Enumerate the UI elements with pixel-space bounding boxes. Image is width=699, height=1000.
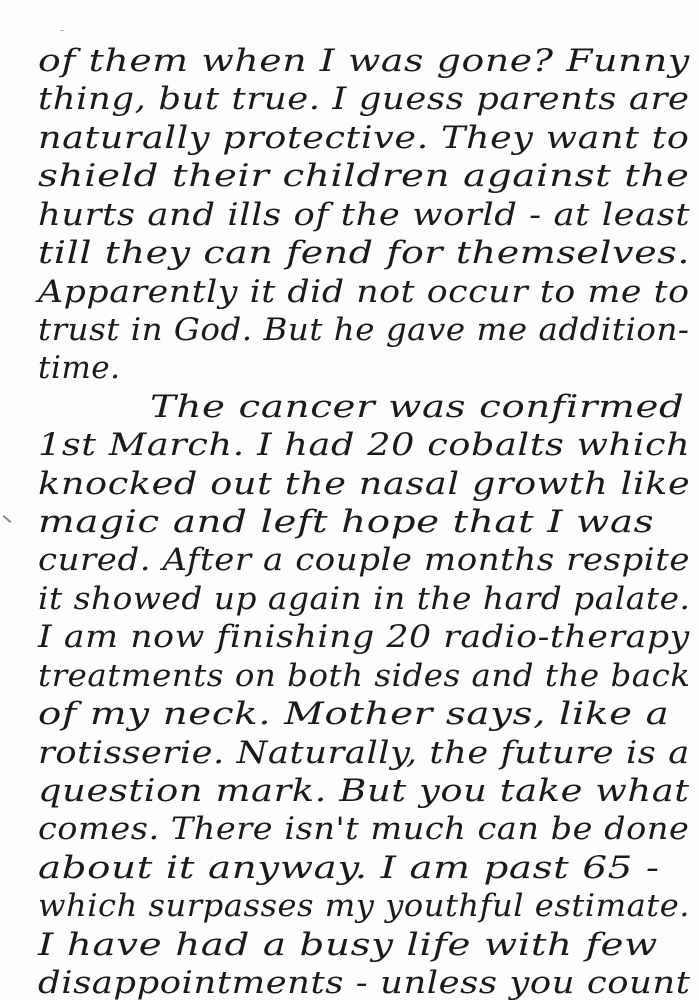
letter-line: Apparently it did not occur to me to <box>38 277 690 308</box>
margin-mark <box>3 515 12 523</box>
letter-line: I am now finishing 20 radio-therapy <box>38 622 690 653</box>
letter-line: time. <box>38 353 120 384</box>
letter-line: I have had a busy life with few <box>38 930 658 961</box>
letter-line: treatments on both sides and the back <box>38 661 691 692</box>
letter-line: trust in God. But he gave me addition- <box>38 315 689 346</box>
letter-line: hurts and ills of the world - at least <box>38 200 690 231</box>
letter-line: rotisserie. Naturally, the future is a <box>38 738 690 769</box>
letter-line: magic and left hope that I was <box>38 507 654 538</box>
letter-line: about it anyway. I am past 65 - <box>38 853 660 884</box>
letter-line: knocked out the nasal growth like <box>38 469 690 500</box>
letter-line: disappointments - unless you count <box>38 968 691 999</box>
letter-line: which surpasses my youthful estimate. <box>38 891 690 922</box>
letter-line: question mark. But you take what <box>38 776 690 807</box>
letter-line: it showed up again in the hard palate. <box>38 584 690 615</box>
letter-line: of my neck. Mother says, like a <box>38 699 669 730</box>
letter-line: comes. There isn't much can be done <box>38 814 689 845</box>
letter-line: of them when I was gone? Funny <box>38 46 690 77</box>
letter-line: till they can fend for themselves. <box>38 238 690 269</box>
paper-speck <box>60 30 64 31</box>
letter-page: of them when I was gone? Funny thing, bu… <box>0 0 699 1000</box>
letter-line: shield their children against the <box>38 161 690 192</box>
letter-line: 1st March. I had 20 cobalts which <box>38 430 690 461</box>
letter-line: The cancer was confirmed <box>150 392 684 423</box>
letter-line: thing, but true. I guess parents are <box>38 84 690 115</box>
letter-line: cured. After a couple months respite <box>38 545 690 576</box>
letter-line: naturally protective. They want to <box>38 123 689 154</box>
